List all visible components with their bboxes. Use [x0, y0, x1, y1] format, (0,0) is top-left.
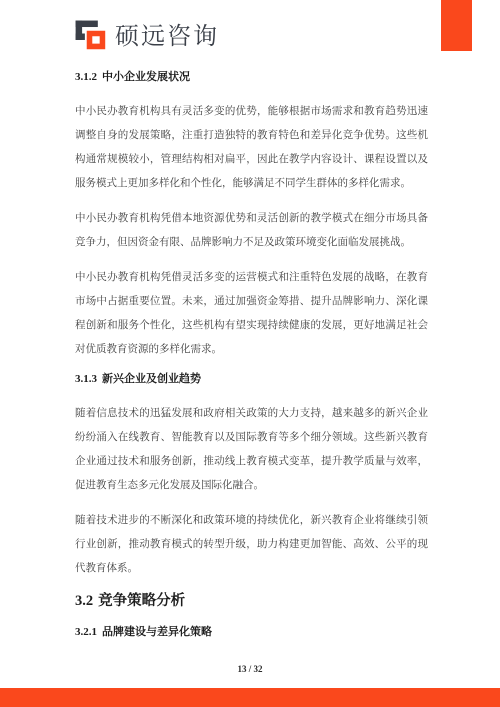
body-paragraph: 中小民办教育机构具有灵活多变的优势，能够根据市场需求和教育趋势迅速调整自身的发展…: [75, 99, 428, 195]
heading-number: 3.1.2: [75, 71, 97, 83]
body-paragraph: 中小民办教育机构凭借本地资源优势和灵活创新的教学模式在细分市场具备竞争力，但因资…: [75, 206, 428, 254]
section-heading-3-2-1: 3.2.1品牌建设与差异化策略: [75, 625, 428, 640]
document-page: 硕远咨询 3.1.2中小企业发展状况 中小民办教育机构具有灵活多变的优势，能够根…: [0, 0, 500, 707]
heading-number: 3.1.3: [75, 373, 97, 385]
section-heading-3-1-3: 3.1.3新兴企业及创业趋势: [75, 372, 428, 387]
body-paragraph: 中小民办教育机构凭借灵活多变的运营模式和注重特色发展的战略，在教育市场中占据重要…: [75, 265, 428, 361]
heading-number: 3.2.1: [75, 626, 97, 638]
brand-logo-text: 硕远咨询: [115, 16, 219, 51]
section-heading-3-2: 3.2竞争策略分析: [75, 592, 428, 611]
page-number: 13 / 32: [0, 664, 500, 674]
shuoyuan-logo-icon: [71, 15, 108, 52]
heading-text: 中小企业发展状况: [102, 71, 190, 83]
heading-text: 品牌建设与差异化策略: [102, 626, 212, 638]
document-body: 3.1.2中小企业发展状况 中小民办教育机构具有灵活多变的优势，能够根据市场需求…: [75, 66, 428, 654]
heading-text: 竞争策略分析: [98, 593, 185, 609]
body-paragraph: 随着技术进步的不断深化和政策环境的持续优化，新兴教育企业将继续引领行业创新，推动…: [75, 508, 428, 580]
top-right-accent-block: [441, 0, 472, 51]
heading-text: 新兴企业及创业趋势: [102, 373, 201, 385]
body-paragraph: 随着信息技术的迅猛发展和政府相关政策的大力支持，越来越多的新兴企业纷纷涌入在线教…: [75, 401, 428, 497]
bottom-accent-bar: [0, 688, 500, 707]
heading-number: 3.2: [75, 593, 93, 609]
brand-logo: 硕远咨询: [71, 15, 219, 52]
section-heading-3-1-2: 3.1.2中小企业发展状况: [75, 70, 428, 85]
